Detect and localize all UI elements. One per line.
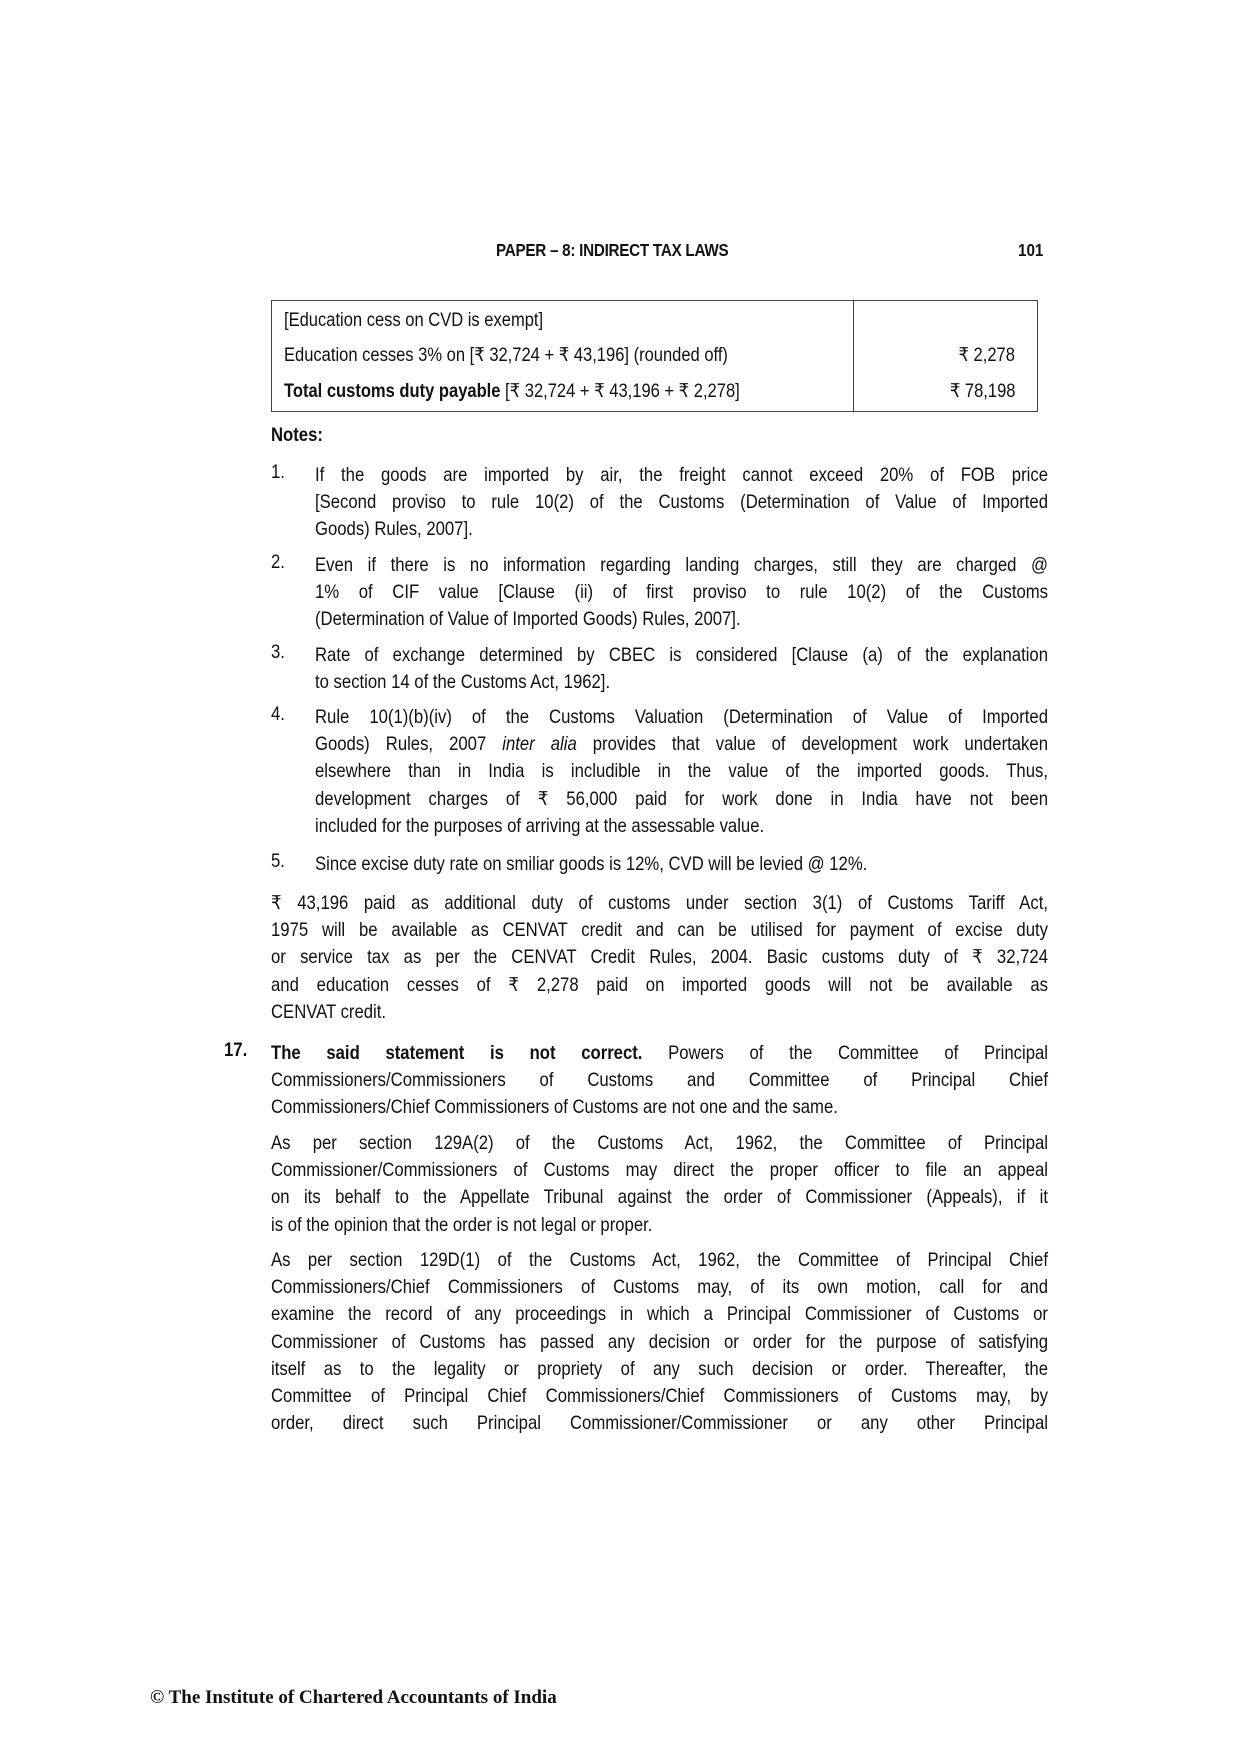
text-line: CENVAT credit. <box>271 999 1048 1026</box>
text-line: The said statement is not correct. Power… <box>271 1040 1048 1067</box>
duty-table: [Education cess on CVD is exempt] Educat… <box>271 300 1038 412</box>
note-item-1: If the goods are imported by air, the fr… <box>315 462 1048 544</box>
table-row: Education cesses 3% on [₹ 32,724 + ₹ 43,… <box>284 341 1037 379</box>
text-line: Even if there is no information regardin… <box>315 552 1048 579</box>
note-item-5: Since excise duty rate on smiliar goods … <box>315 851 1048 878</box>
text-line: ₹ 43,196 paid as additional duty of cust… <box>271 890 1048 917</box>
text-line: elsewhere than in India is includible in… <box>315 758 1048 785</box>
text-line: Rule 10(1)(b)(iv) of the Customs Valuati… <box>315 704 1048 731</box>
page-number: 101 <box>1018 240 1043 261</box>
text-line: 1975 will be available as CENVAT credit … <box>271 917 1048 944</box>
note-item-2: Even if there is no information regardin… <box>315 552 1048 634</box>
text-line: Commissioners/Chief Commissioners of Cus… <box>271 1274 1048 1301</box>
text-line: or service tax as per the CENVAT Credit … <box>271 944 1048 971</box>
text-line: Commissioner of Customs has passed any d… <box>271 1329 1048 1356</box>
text-line: Committee of Principal Chief Commissione… <box>271 1383 1048 1410</box>
table-row: [Education cess on CVD is exempt] <box>284 303 1037 341</box>
text-line: examine the record of any proceedings in… <box>271 1301 1048 1328</box>
note-number: 3. <box>271 642 285 664</box>
table-row: Total customs duty payable [₹ 32,724 + ₹… <box>284 377 1037 415</box>
note-number: 1. <box>271 462 285 484</box>
note-number: 2. <box>271 552 285 574</box>
row-label: Education cesses 3% on [₹ 32,724 + ₹ 43,… <box>284 344 728 367</box>
closing-paragraph: ₹ 43,196 paid as additional duty of cust… <box>271 890 1048 1026</box>
notes-heading: Notes: <box>271 425 323 447</box>
text-line: Commissioners/Chief Commissioners of Cus… <box>271 1094 1048 1121</box>
answer-17-para-3: As per section 129D(1) of the Customs Ac… <box>271 1247 1048 1437</box>
bold-lead: The said statement is not correct. <box>271 1043 642 1064</box>
text-line: Commissioners/Commissioners of Customs a… <box>271 1067 1048 1094</box>
italic-phrase: inter alia <box>502 734 576 755</box>
text-line: As per section 129D(1) of the Customs Ac… <box>271 1247 1048 1274</box>
page-header: PAPER – 8: INDIRECT TAX LAWS 101 <box>0 240 1241 264</box>
running-title: PAPER – 8: INDIRECT TAX LAWS <box>496 240 728 261</box>
answer-17-para-2: As per section 129A(2) of the Customs Ac… <box>271 1130 1048 1239</box>
answer-number: 17. <box>224 1040 247 1062</box>
note-number: 4. <box>271 704 285 726</box>
row-label-rest: [₹ 32,724 + ₹ 43,196 + ₹ 2,278] <box>500 381 739 402</box>
text-line: included for the purposes of arriving at… <box>315 813 1048 840</box>
text-line: Goods) Rules, 2007]. <box>315 516 1048 543</box>
text-line: on its behalf to the Appellate Tribunal … <box>271 1184 1048 1211</box>
text-line: and education cesses of ₹ 2,278 paid on … <box>271 972 1048 999</box>
text-line: order, direct such Principal Commissione… <box>271 1410 1048 1437</box>
text-line: itself as to the legality or propriety o… <box>271 1356 1048 1383</box>
text-line: Rate of exchange determined by CBEC is c… <box>315 642 1048 669</box>
text-line: development charges of ₹ 56,000 paid for… <box>315 786 1048 813</box>
text-line: is of the opinion that the order is not … <box>271 1212 1048 1239</box>
text-line: Since excise duty rate on smiliar goods … <box>315 851 1048 878</box>
text-line: Goods) Rules, 2007 inter alia provides t… <box>315 731 1048 758</box>
text-line: Commissioner/Commissioners of Customs ma… <box>271 1157 1048 1184</box>
text-line: As per section 129A(2) of the Customs Ac… <box>271 1130 1048 1157</box>
row-label-bold: Total customs duty payable <box>284 381 500 402</box>
note-item-3: Rate of exchange determined by CBEC is c… <box>315 642 1048 696</box>
text-line: [Second proviso to rule 10(2) of the Cus… <box>315 489 1048 516</box>
row-amount: ₹ 2,278 <box>959 344 1015 367</box>
note-number: 5. <box>271 851 285 873</box>
row-label: [Education cess on CVD is exempt] <box>284 310 543 332</box>
row-label: Total customs duty payable [₹ 32,724 + ₹… <box>284 380 740 403</box>
footer-copyright: © The Institute of Chartered Accountants… <box>150 1687 557 1709</box>
text-line: If the goods are imported by air, the fr… <box>315 462 1048 489</box>
text-line: (Determination of Value of Imported Good… <box>315 606 1048 633</box>
row-amount: ₹ 78,198 <box>949 380 1015 403</box>
text-line: 1% of CIF value [Clause (ii) of first pr… <box>315 579 1048 606</box>
note-item-4: Rule 10(1)(b)(iv) of the Customs Valuati… <box>315 704 1048 840</box>
answer-17-para-1: The said statement is not correct. Power… <box>271 1040 1048 1122</box>
text-line: to section 14 of the Customs Act, 1962]. <box>315 669 1048 696</box>
